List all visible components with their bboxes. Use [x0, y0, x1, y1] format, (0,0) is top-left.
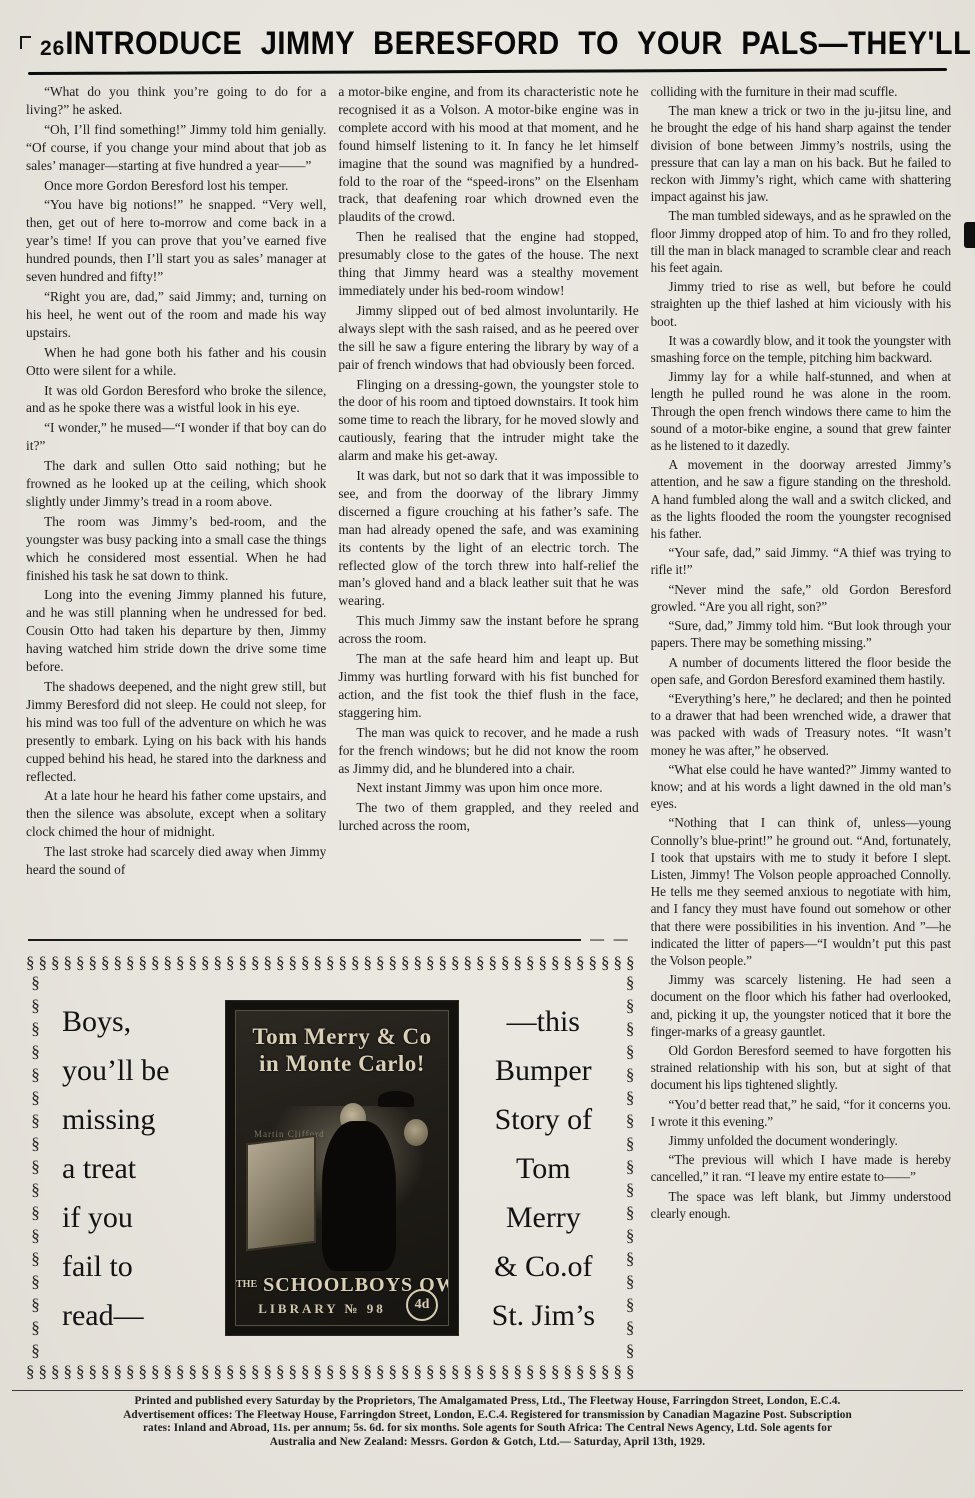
imprint-line: Advertisement offices: The Fleetway Hous…	[12, 1409, 963, 1423]
cover-illustration-face	[404, 1119, 428, 1146]
story-paragraph: When he had gone both his father and his…	[26, 344, 326, 380]
ornament-border-left: §§§§§§§§§§§§§§§§§§§§§§§§§§§§§§§§§§§§§§§§	[26, 973, 44, 1363]
cover-title-line1: Tom Merry & Co	[236, 1023, 448, 1050]
story-paragraph: It was old Gordon Beresford who broke th…	[26, 382, 326, 418]
story-paragraph: “The previous will which I have made is …	[651, 1151, 951, 1185]
story-paragraph: Next instant Jimmy was upon him once mor…	[338, 779, 638, 797]
story-paragraph: “You’d better read that,” he said, “for …	[651, 1096, 951, 1130]
page-header: 26 INTRODUCE JIMMY BERESFORD TO YOUR PAL…	[0, 0, 975, 73]
story-paragraph: “What else could he have wanted?” Jimmy …	[651, 761, 951, 813]
story-paragraph: Once more Gordon Beresford lost his temp…	[26, 177, 326, 195]
advert-text-line: Boys,	[62, 997, 214, 1046]
story-paragraph: The room was Jimmy’s bed-room, and the y…	[26, 513, 326, 585]
advert-text-line: St. Jim’s	[470, 1291, 617, 1340]
story-paragraph: “Right you are, dad,” said Jimmy; and, t…	[26, 288, 326, 342]
story-paragraph: It was dark, but not so dark that it was…	[338, 467, 638, 610]
story-paragraph: “What do you think you’re going to do fo…	[26, 83, 326, 119]
advert-text-line: a treat	[62, 1144, 214, 1193]
story-paragraph: The man tumbled sideways, and as he spra…	[651, 207, 951, 276]
story-paragraph: Flinging on a dressing-gown, the youngst…	[338, 376, 638, 466]
ornament-border-top: §§§§§§§§§§§§§§§§§§§§§§§§§§§§§§§§§§§§§§§§…	[26, 954, 639, 973]
story-paragraph: The two of them grappled, and they reele…	[338, 799, 638, 835]
advert-text-line: you’ll be	[62, 1046, 214, 1095]
story-paragraph: It was a cowardly blow, and it took the …	[651, 332, 951, 366]
imprint-footer: Printed and published every Saturday by …	[12, 1390, 963, 1449]
story-column-3: colliding with the furniture in their ma…	[651, 83, 951, 1382]
rule-line	[28, 939, 581, 941]
advert-block: — — §§§§§§§§§§§§§§§§§§§§§§§§§§§§§§§§§§§§…	[26, 929, 639, 1382]
advert-text-line: if you	[62, 1193, 214, 1242]
story-paragraph: “Your safe, dad,” said Jimmy. “A thief w…	[651, 544, 951, 578]
story-paragraph: The last stroke had scarcely died away w…	[26, 843, 326, 879]
story-paragraph: “Nothing that I can think of, unless—you…	[651, 814, 951, 969]
ornament-border-right: §§§§§§§§§§§§§§§§§§§§§§§§§§§§§§§§§§§§§§§§	[621, 973, 639, 1363]
advert-text-line: read—	[62, 1291, 214, 1340]
story-paragraph: At a late hour he heard his father come …	[26, 787, 326, 841]
imprint-line: Australia and New Zealand: Messrs. Gordo…	[12, 1436, 963, 1450]
imprint-line: Printed and published every Saturday by …	[12, 1395, 963, 1409]
story-body: “What do you think you’re going to do fo…	[26, 83, 951, 1382]
story-paragraph: The man was quick to recover, and he mad…	[338, 724, 638, 778]
story-paragraph: This much Jimmy saw the instant before h…	[338, 612, 638, 648]
story-paragraph: A number of documents littered the floor…	[651, 654, 951, 688]
cover-illustration-table	[246, 1135, 316, 1252]
cover-masthead-sub: LIBRARY № 98	[236, 1301, 408, 1317]
cover-title-line2: in Monte Carlo!	[236, 1050, 448, 1077]
cover-title: Tom Merry & Co in Monte Carlo!	[236, 1023, 448, 1077]
story-paragraph: Jimmy slipped out of bed almost involunt…	[338, 302, 638, 374]
book-cover-art: Tom Merry & Co in Monte Carlo! Martin Cl…	[235, 1010, 449, 1326]
cover-masthead-the: THE	[236, 1279, 257, 1290]
advert-text-line: Bumper	[470, 1046, 617, 1095]
story-paragraph: “Everything’s here,” he declared; and th…	[651, 690, 951, 759]
story-paragraph: “You have big notions!” he snapped. “Ver…	[26, 196, 326, 286]
imprint-line: rates: Inland and Abroad, 11s. per annum…	[12, 1422, 963, 1436]
story-paragraph: A movement in the doorway arrested Jimmy…	[651, 456, 951, 542]
story-paragraph: Old Gordon Beresford seemed to have forg…	[651, 1042, 951, 1094]
advert-text-line: Tom	[470, 1144, 617, 1193]
advert-right-text: —thisBumperStory ofTomMerry& Co.ofSt. Ji…	[470, 997, 617, 1340]
page-number: 26	[40, 37, 65, 61]
story-paragraph: Then he realised that the engine had sto…	[338, 228, 638, 300]
page-title: INTRODUCE JIMMY BERESFORD TO YOUR PALS—T…	[65, 26, 975, 63]
story-paragraph: colliding with the furniture in their ma…	[651, 83, 951, 100]
story-paragraph: The shadows deepened, and the night grew…	[26, 678, 326, 785]
story-paragraph: The dark and sullen Otto said nothing; b…	[26, 457, 326, 511]
header-rule	[28, 68, 947, 75]
rule-dashes: — —	[590, 932, 631, 948]
story-paragraph: Jimmy tried to rise as well, but before …	[651, 278, 951, 330]
advert-text-line: & Co.of	[470, 1242, 617, 1291]
advert-text-line: Story of	[470, 1095, 617, 1144]
story-column-2: a motor-bike engine, and from its charac…	[338, 83, 638, 929]
advert-left-text: Boys,you’ll bemissinga treatif youfail t…	[48, 997, 214, 1340]
story-paragraph: The man at the safe heard him and leapt …	[338, 650, 638, 722]
ornament-border-bottom: §§§§§§§§§§§§§§§§§§§§§§§§§§§§§§§§§§§§§§§§…	[26, 1363, 639, 1382]
story-paragraph: Jimmy unfolded the document wonderingly.	[651, 1132, 951, 1149]
price-badge: 4d	[406, 1289, 438, 1321]
story-paragraph: Long into the evening Jimmy planned his …	[26, 586, 326, 676]
schoolboys-own-advert: §§§§§§§§§§§§§§§§§§§§§§§§§§§§§§§§§§§§§§§§…	[26, 954, 639, 1382]
story-paragraph: Jimmy lay for a while half-stunned, and …	[651, 368, 951, 454]
story-paragraph: Jimmy was scarcely listening. He had see…	[651, 971, 951, 1040]
cover-illustration-silhouette	[322, 1121, 396, 1271]
advert-text-line: missing	[62, 1095, 214, 1144]
advert-text-line: —this	[470, 997, 617, 1046]
story-paragraph: The man knew a trick or two in the ju-ji…	[651, 102, 951, 205]
story-column-1: “What do you think you’re going to do fo…	[26, 83, 326, 929]
story-paragraph: “Never mind the safe,” old Gordon Beresf…	[651, 581, 951, 615]
advert-text-line: Merry	[470, 1193, 617, 1242]
story-paragraph: a motor-bike engine, and from its charac…	[338, 83, 638, 226]
story-paragraph: “Sure, dad,” Jimmy told him. “But look t…	[651, 617, 951, 651]
print-artifact-blob	[964, 222, 975, 248]
cover-illustration-hat	[378, 1091, 414, 1107]
story-paragraph: “Oh, I’ll find something!” Jimmy told hi…	[26, 121, 326, 175]
corner-registration-mark	[20, 36, 31, 49]
column-end-rule: — —	[28, 932, 631, 948]
book-cover: Tom Merry & Co in Monte Carlo! Martin Cl…	[226, 1001, 458, 1335]
story-paragraph: The space was left blank, but Jimmy unde…	[651, 1188, 951, 1222]
story-paragraph: “I wonder,” he mused—“I wonder if that b…	[26, 419, 326, 455]
advert-text-line: fail to	[62, 1242, 214, 1291]
